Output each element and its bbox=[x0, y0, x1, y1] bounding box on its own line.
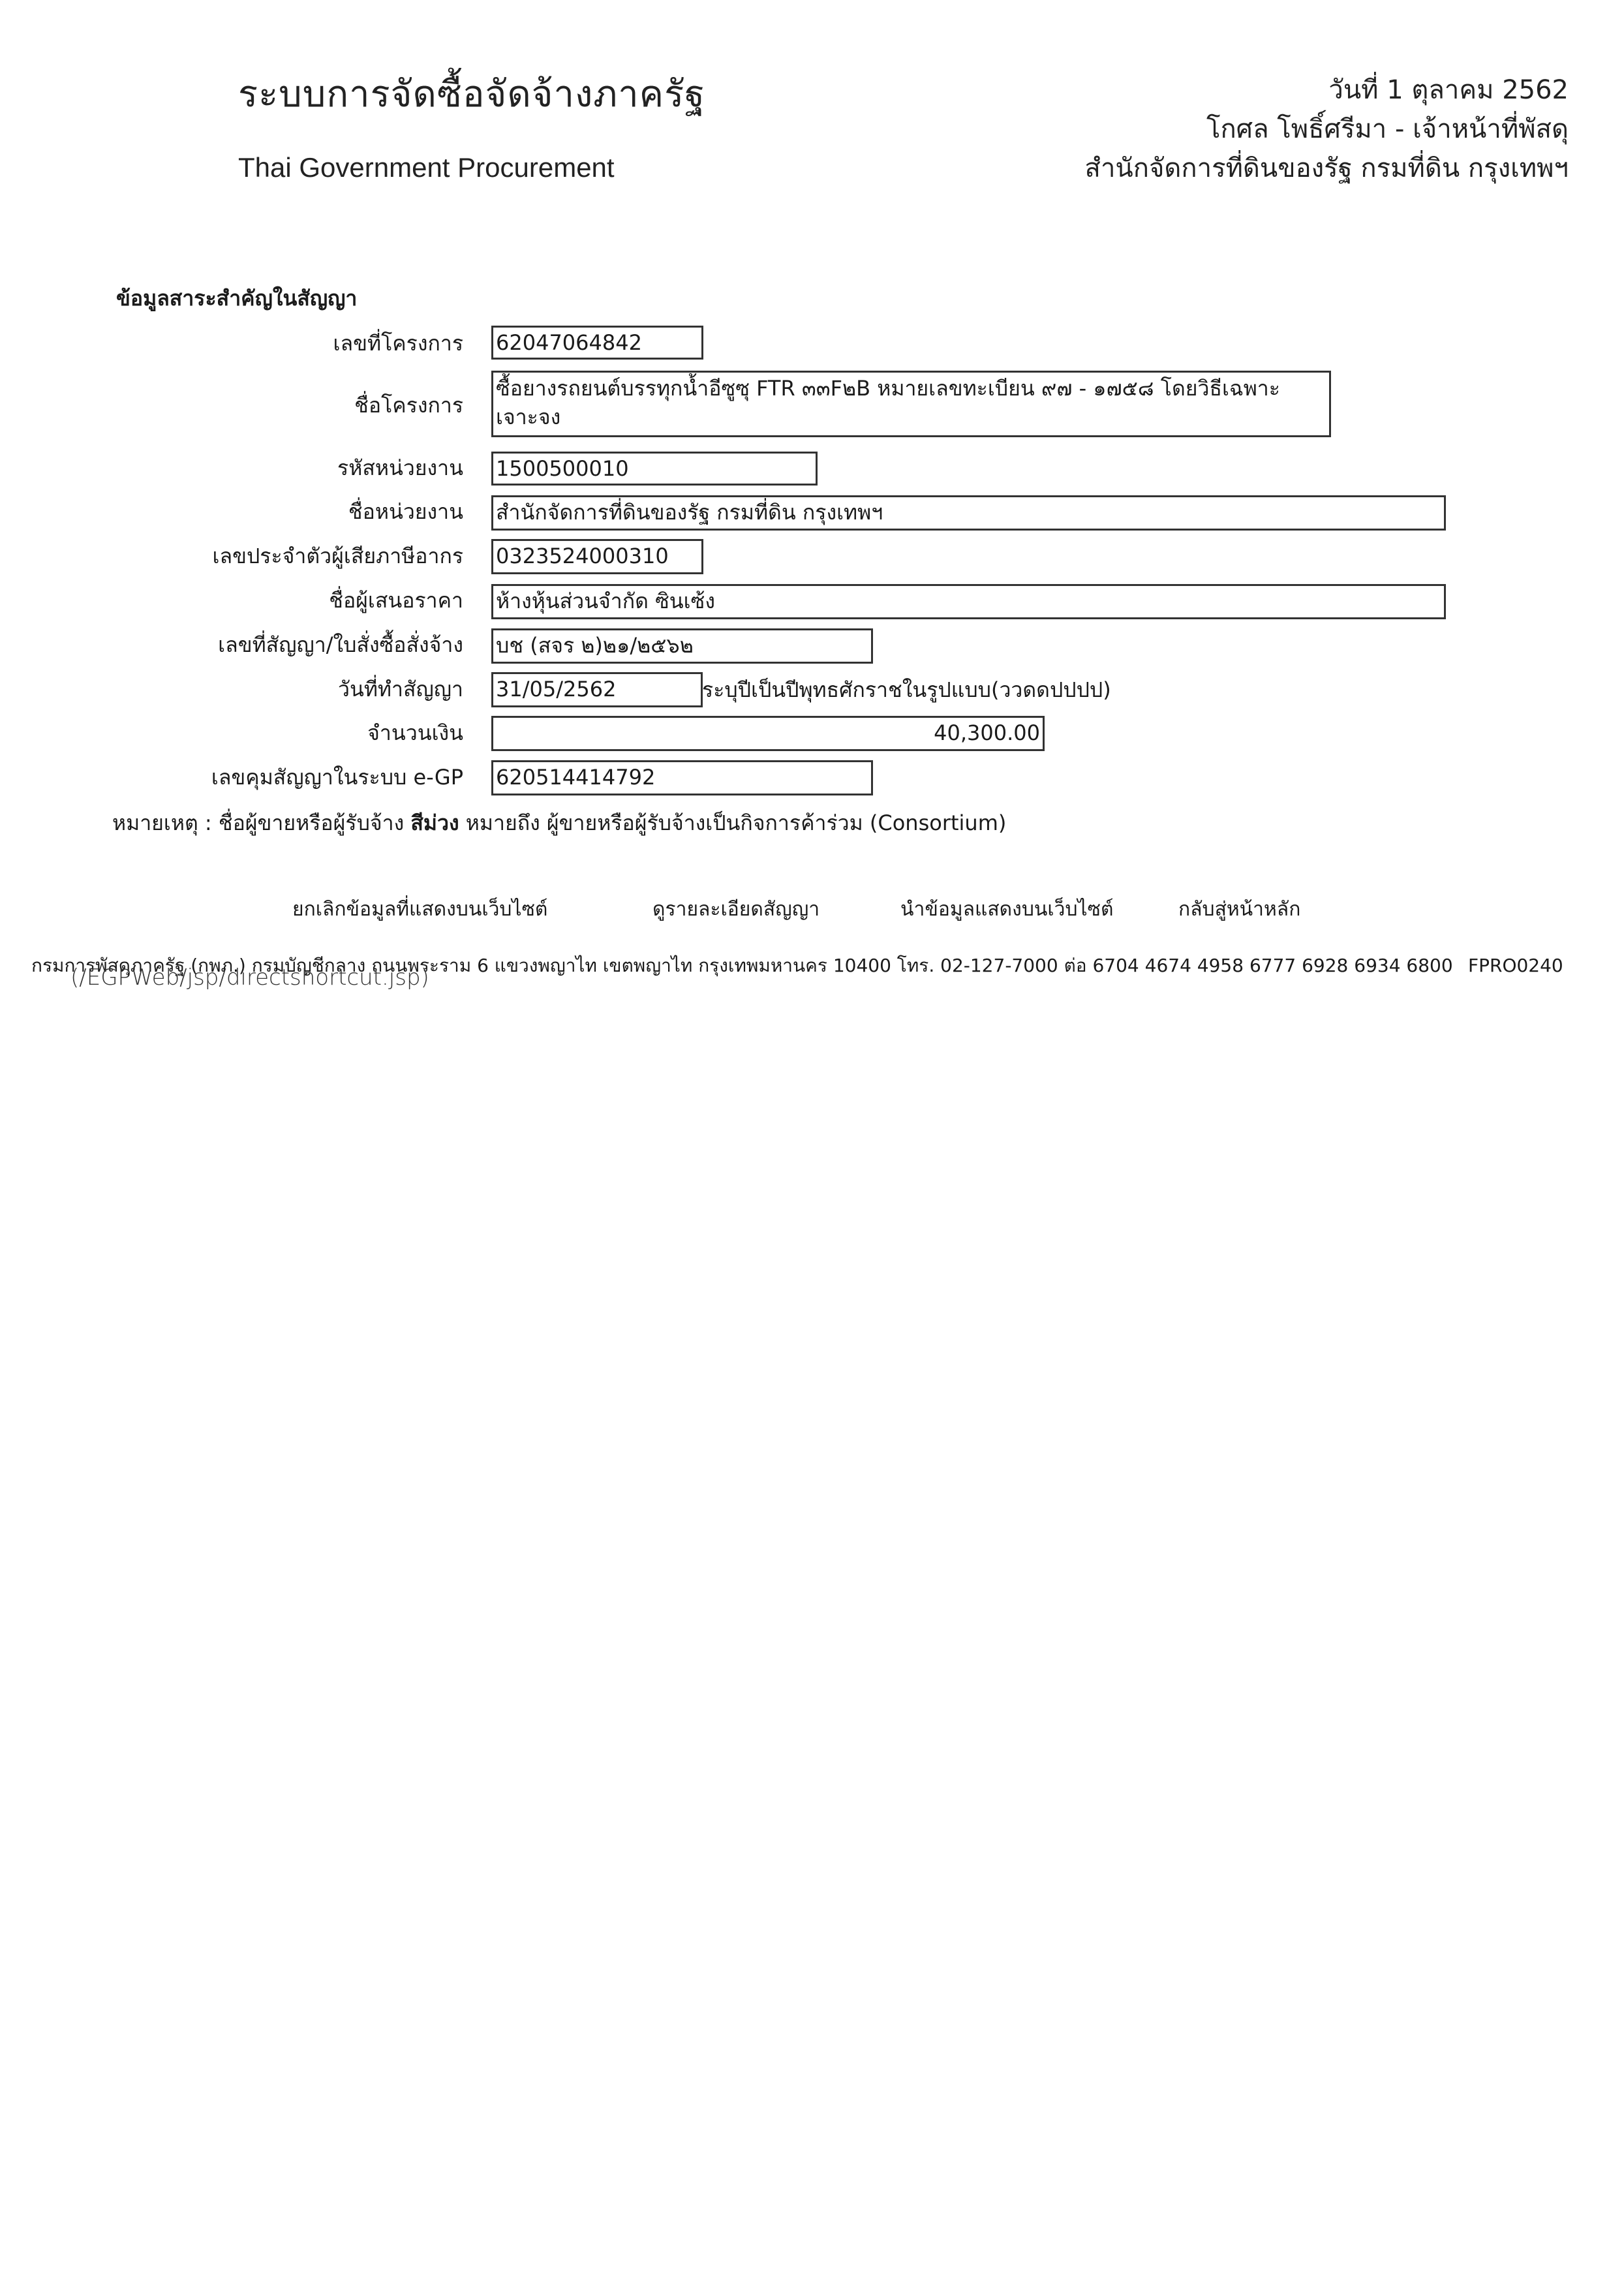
tax-id-field[interactable]: 0323524000310 bbox=[491, 539, 703, 574]
amount-field[interactable]: 40,300.00 bbox=[491, 716, 1045, 751]
project-name-field[interactable]: ซื้อยางรถยนต์บรรทุกน้ำอีซูซุ FTR ๓๓F๒B ห… bbox=[491, 371, 1331, 437]
system-title-english: Thai Government Procurement bbox=[238, 148, 705, 187]
user-agency: สำนักจัดการที่ดินของรัฐ กรมที่ดิน กรุงเท… bbox=[1085, 149, 1569, 188]
note-prefix: หมายเหตุ : ชื่อผู้ขายหรือผู้รับจ้าง bbox=[112, 810, 410, 835]
contract-date-field[interactable]: 31/05/2562 bbox=[491, 672, 703, 707]
system-title-thai: ระบบการจัดซื้อจัดจ้างภาครัฐ bbox=[238, 69, 705, 121]
label-project-name: ชื่อโครงการ bbox=[0, 388, 463, 423]
project-no-field[interactable]: 62047064842 bbox=[491, 326, 703, 360]
contract-no-field[interactable]: บช (สจร ๒)๒๑/๒๕๖๒ bbox=[491, 628, 873, 664]
view-contract-detail-link[interactable]: ดูรายละเอียดสัญญา bbox=[652, 894, 820, 925]
label-contract-date: วันที่ทำสัญญา bbox=[0, 671, 463, 707]
label-agency-code: รหัสหน่วยงาน bbox=[0, 450, 463, 486]
note-suffix: หมายถึง ผู้ขายหรือผู้รับจ้างเป็นกิจการค้… bbox=[459, 810, 1007, 835]
print-date: วันที่ 1 ตุลาคม 2562 bbox=[1085, 70, 1569, 110]
note-highlight: สีม่วง bbox=[410, 810, 459, 835]
user-name: โกศล โพธิ์ศรีมา - เจ้าหน้าที่พัสดุ bbox=[1085, 110, 1569, 149]
contract-date-hint: ระบุปีเป็นปีพุทธศักราชในรูปแบบ(ววดดปปปป) bbox=[702, 673, 1111, 706]
label-tax-id: เลขประจำตัวผู้เสียภาษีอากร bbox=[0, 538, 463, 574]
header-right: วันที่ 1 ตุลาคม 2562 โกศล โพธิ์ศรีมา - เ… bbox=[1085, 70, 1569, 188]
back-to-home-link[interactable]: กลับสู่หน้าหลัก bbox=[1178, 894, 1300, 925]
note: หมายเหตุ : ชื่อผู้ขายหรือผู้รับจ้าง สีม่… bbox=[112, 807, 1006, 839]
label-bidder-name: ชื่อผู้เสนอราคา bbox=[0, 583, 463, 618]
header-left: ระบบการจัดซื้อจัดจ้างภาครัฐ Thai Governm… bbox=[238, 69, 705, 187]
label-egp-no: เลขคุมสัญญาในระบบ e-GP bbox=[0, 760, 463, 795]
label-contract-no: เลขที่สัญญา/ใบสั่งซื้อสั่งจ้าง bbox=[0, 627, 463, 662]
section-title: ข้อมูลสาระสำคัญในสัญญา bbox=[116, 282, 357, 315]
label-agency-name: ชื่อหน่วยงาน bbox=[0, 494, 463, 529]
cancel-display-link[interactable]: ยกเลิกข้อมูลที่แสดงบนเว็บไซต์ bbox=[292, 894, 547, 925]
label-project-no: เลขที่โครงการ bbox=[0, 326, 463, 361]
egp-no-field[interactable]: 620514414792 bbox=[491, 760, 873, 795]
publish-to-website-link[interactable]: นำข้อมูลแสดงบนเว็บไซต์ bbox=[900, 894, 1113, 925]
agency-code-field[interactable]: 1500500010 bbox=[491, 452, 818, 486]
page-url: (/EGPWeb/jsp/directshortcut.jsp) bbox=[70, 964, 429, 991]
agency-name-field[interactable]: สำนักจัดการที่ดินของรัฐ กรมที่ดิน กรุงเท… bbox=[491, 495, 1446, 531]
page-code: FPRO0240 bbox=[1468, 953, 1563, 979]
label-amount: จำนวนเงิน bbox=[0, 715, 463, 750]
bidder-name-field[interactable]: ห้างหุ้นส่วนจำกัด ซินเซ้ง bbox=[491, 584, 1446, 619]
